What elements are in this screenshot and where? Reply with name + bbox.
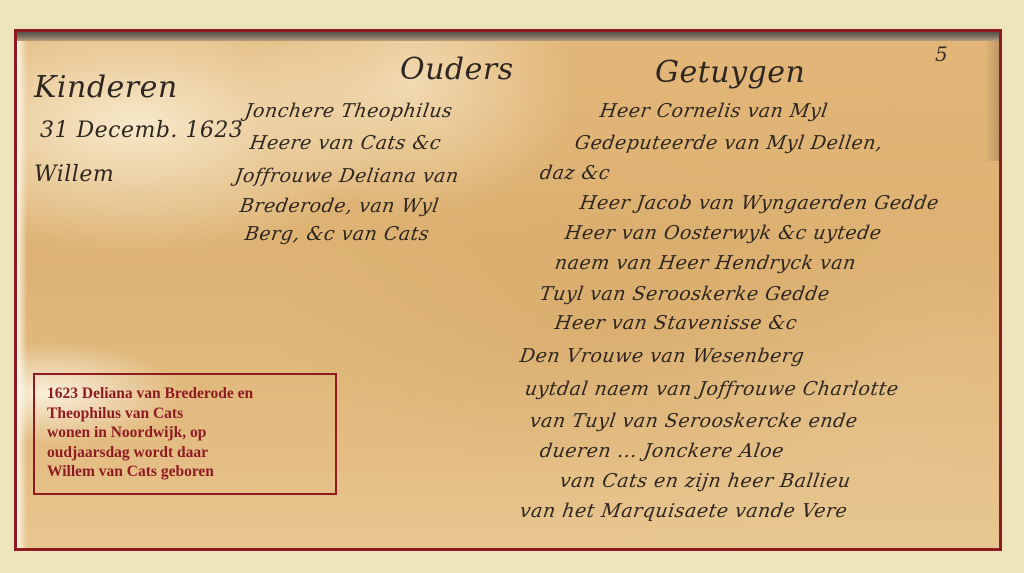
handwritten-line: Heere van Cats &c: [248, 132, 442, 154]
caption-line: 1623 Deliana van Brederode en: [47, 384, 323, 404]
paper-right-edge: [985, 41, 999, 161]
page-number: 5: [935, 42, 948, 66]
handwritten-line: Joffrouwe Deliana van: [233, 165, 460, 187]
handwritten-line: Tuyl van Serooskerke Gedde: [538, 283, 831, 305]
handwritten-line: Heer van Oosterwyk &c uytede: [563, 222, 883, 244]
handwritten-line: Jonchere Theophilus: [243, 100, 454, 122]
handwritten-line: Brederode, van Wyl: [238, 195, 440, 217]
handwritten-line: van Cats en zijn heer Ballieu: [558, 470, 852, 492]
paper-top-edge: [17, 32, 999, 41]
caption-line: Theophilus van Cats: [47, 404, 323, 424]
header-kinderen: Kinderen: [34, 70, 178, 105]
caption-box: 1623 Deliana van Brederode en Theophilus…: [33, 373, 337, 495]
handwritten-line: Berg, &c van Cats: [243, 223, 430, 245]
handwritten-line: naem van Heer Hendryck van: [553, 252, 857, 274]
handwritten-line: Heer Jacob van Wyngaerden Gedde: [578, 192, 940, 214]
handwritten-line: daz &c: [538, 162, 611, 184]
handwritten-line: uytdal naem van Joffrouwe Charlotte: [523, 378, 900, 400]
paper-left-edge: [17, 41, 27, 548]
handwritten-line: van het Marquisaete vande Vere: [518, 500, 848, 522]
date-entry: 31 Decemb. 1623: [40, 118, 243, 143]
child-name: Willem: [34, 162, 114, 187]
handwritten-line: Heer Cornelis van Myl: [598, 100, 829, 122]
handwritten-line: Den Vrouwe van Wesenberg: [518, 345, 805, 367]
handwritten-line: Heer van Stavenisse &c: [553, 312, 798, 334]
caption-line: Willem van Cats geboren: [47, 462, 323, 482]
handwritten-line: dueren ... Jonckere Aloe: [538, 440, 785, 462]
handwritten-line: Gedeputeerde van Myl Dellen,: [573, 132, 884, 154]
header-getuygen: Getuygen: [655, 55, 805, 90]
header-ouders: Ouders: [400, 52, 514, 87]
handwritten-line: van Tuyl van Serooskercke ende: [528, 410, 859, 432]
caption-line: oudjaarsdag wordt daar: [47, 443, 323, 463]
caption-line: wonen in Noordwijk, op: [47, 423, 323, 443]
